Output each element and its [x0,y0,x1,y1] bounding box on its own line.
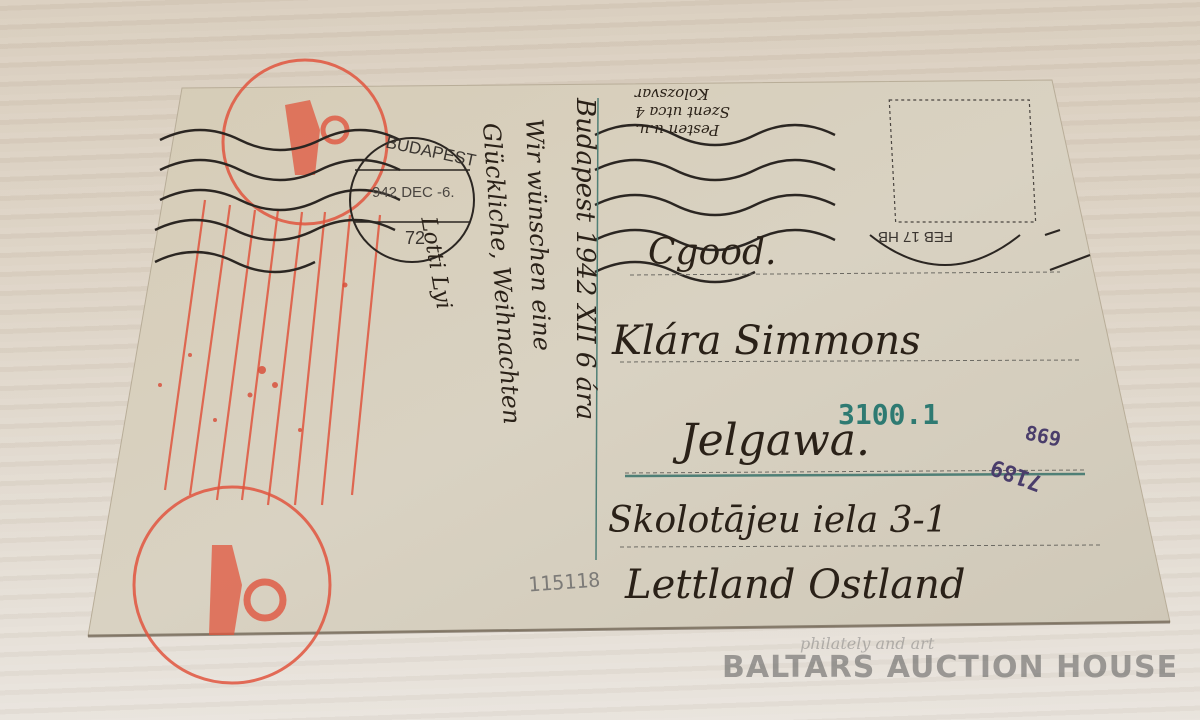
pencil-note: 115118 [527,568,601,597]
typed-number: 3100.1 [838,398,939,431]
postcard: BUDAPEST 942 DEC -6. 72 FEB 17 HB Pesten… [0,0,1200,720]
postmark-date: 942 DEC -6. [372,184,455,201]
address-street: Skolotājeu iela 3-1 [608,500,948,541]
auction-house-watermark: BALTARS AUCTION HOUSE [722,650,1178,685]
address-name: Klára Simmons [612,318,921,364]
message-date-line: Budapest 1942 XII 6 ára [570,98,600,420]
address-country: Lettland Ostland [625,562,966,608]
postcard-svg [0,0,1200,720]
partial-postmark-text: FEB 17 HB [878,228,953,245]
upside-down-note: Pesten u.u. Szent utca 4 Kolozsvar [635,85,730,139]
note-line: Kolozsvar [635,85,730,103]
note-line: Pesten u.u. [635,121,730,139]
note-line: Szent utca 4 [635,103,730,121]
address-salutation: Cgood. [648,232,776,273]
